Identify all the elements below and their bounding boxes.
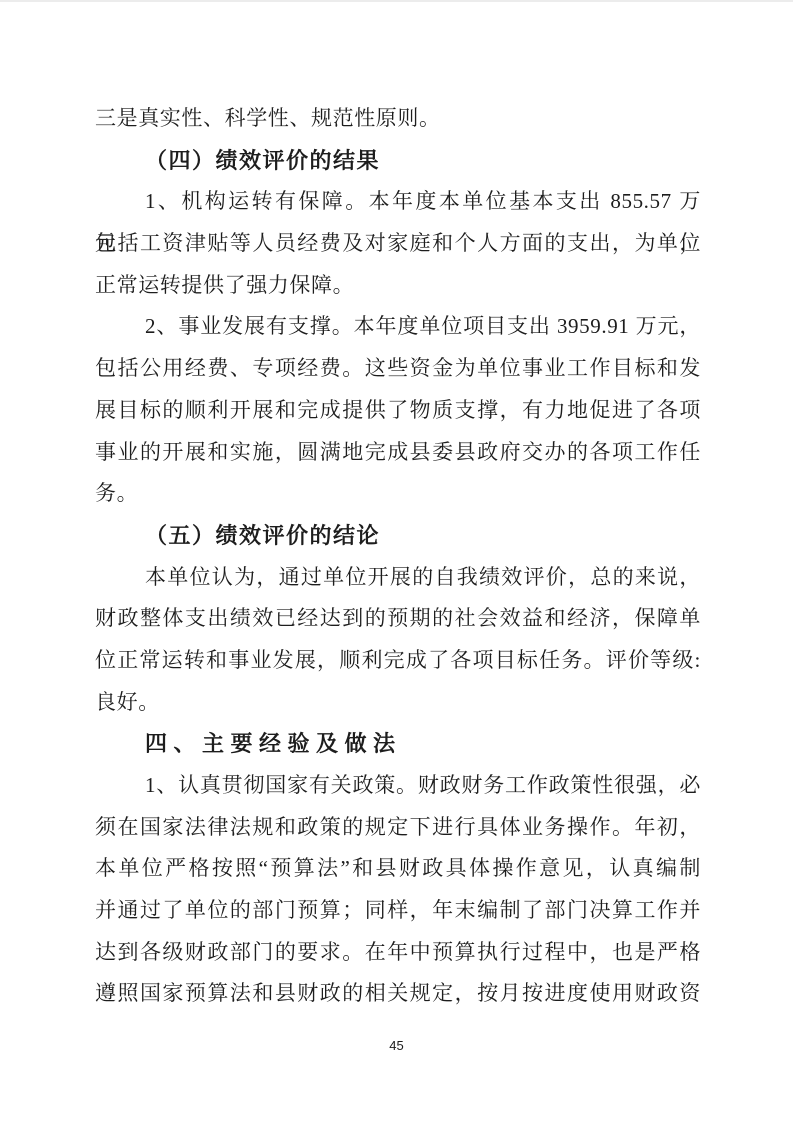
document-body: 三是真实性、科学性、规范性原则。（四）绩效评价的结果1、机构运转有保障。本年度本… bbox=[95, 98, 701, 1015]
page-number: 45 bbox=[0, 1038, 793, 1054]
text-line: 展目标的顺利开展和完成提供了物质支撑，有力地促进了各项 bbox=[95, 390, 701, 432]
text-line: 正常运转提供了强力保障。 bbox=[95, 265, 701, 307]
text-line: 事业的开展和实施，圆满地完成县委县政府交办的各项工作任 bbox=[95, 432, 701, 474]
text-line: 包括公用经费、专项经费。这些资金为单位事业工作目标和发 bbox=[95, 348, 701, 390]
text-line: 本单位认为，通过单位开展的自我绩效评价，总的来说， bbox=[95, 557, 701, 599]
text-line: 须在国家法律法规和政策的规定下进行具体业务操作。年初， bbox=[95, 807, 701, 849]
text-line: 包括工资津贴等人员经费及对家庭和个人方面的支出，为单位 bbox=[95, 223, 701, 265]
text-line: 务。 bbox=[95, 473, 701, 515]
text-line: 遵照国家预算法和县财政的相关规定，按月按进度使用财政资 bbox=[95, 973, 701, 1015]
text-line: 2、事业发展有支撑。本年度单位项目支出 3959.91 万元， bbox=[95, 306, 701, 348]
text-line: 三是真实性、科学性、规范性原则。 bbox=[95, 98, 701, 140]
text-line: 达到各级财政部门的要求。在年中预算执行过程中，也是严格 bbox=[95, 932, 701, 974]
text-line: 良好。 bbox=[95, 682, 701, 724]
page-top-edge bbox=[0, 0, 793, 2]
text-line: 位正常运转和事业发展，顺利完成了各项目标任务。评价等级: bbox=[95, 640, 701, 682]
text-line: 并通过了单位的部门预算；同样，年末编制了部门决算工作并 bbox=[95, 890, 701, 932]
heading-line: （四）绩效评价的结果 bbox=[95, 140, 701, 182]
text-line: 1、认真贯彻国家有关政策。财政财务工作政策性很强，必 bbox=[95, 765, 701, 807]
text-line: 1、机构运转有保障。本年度本单位基本支出 855.57 万元， bbox=[95, 181, 701, 223]
text-line: 本单位严格按照“预算法”和县财政具体操作意见，认真编制 bbox=[95, 848, 701, 890]
document-page: 三是真实性、科学性、规范性原则。（四）绩效评价的结果1、机构运转有保障。本年度本… bbox=[0, 0, 793, 1122]
heading-line: （五）绩效评价的结论 bbox=[95, 515, 701, 557]
text-line: 财政整体支出绩效已经达到的预期的社会效益和经济，保障单 bbox=[95, 598, 701, 640]
heading-line: 四、主要经验及做法 bbox=[95, 723, 701, 765]
